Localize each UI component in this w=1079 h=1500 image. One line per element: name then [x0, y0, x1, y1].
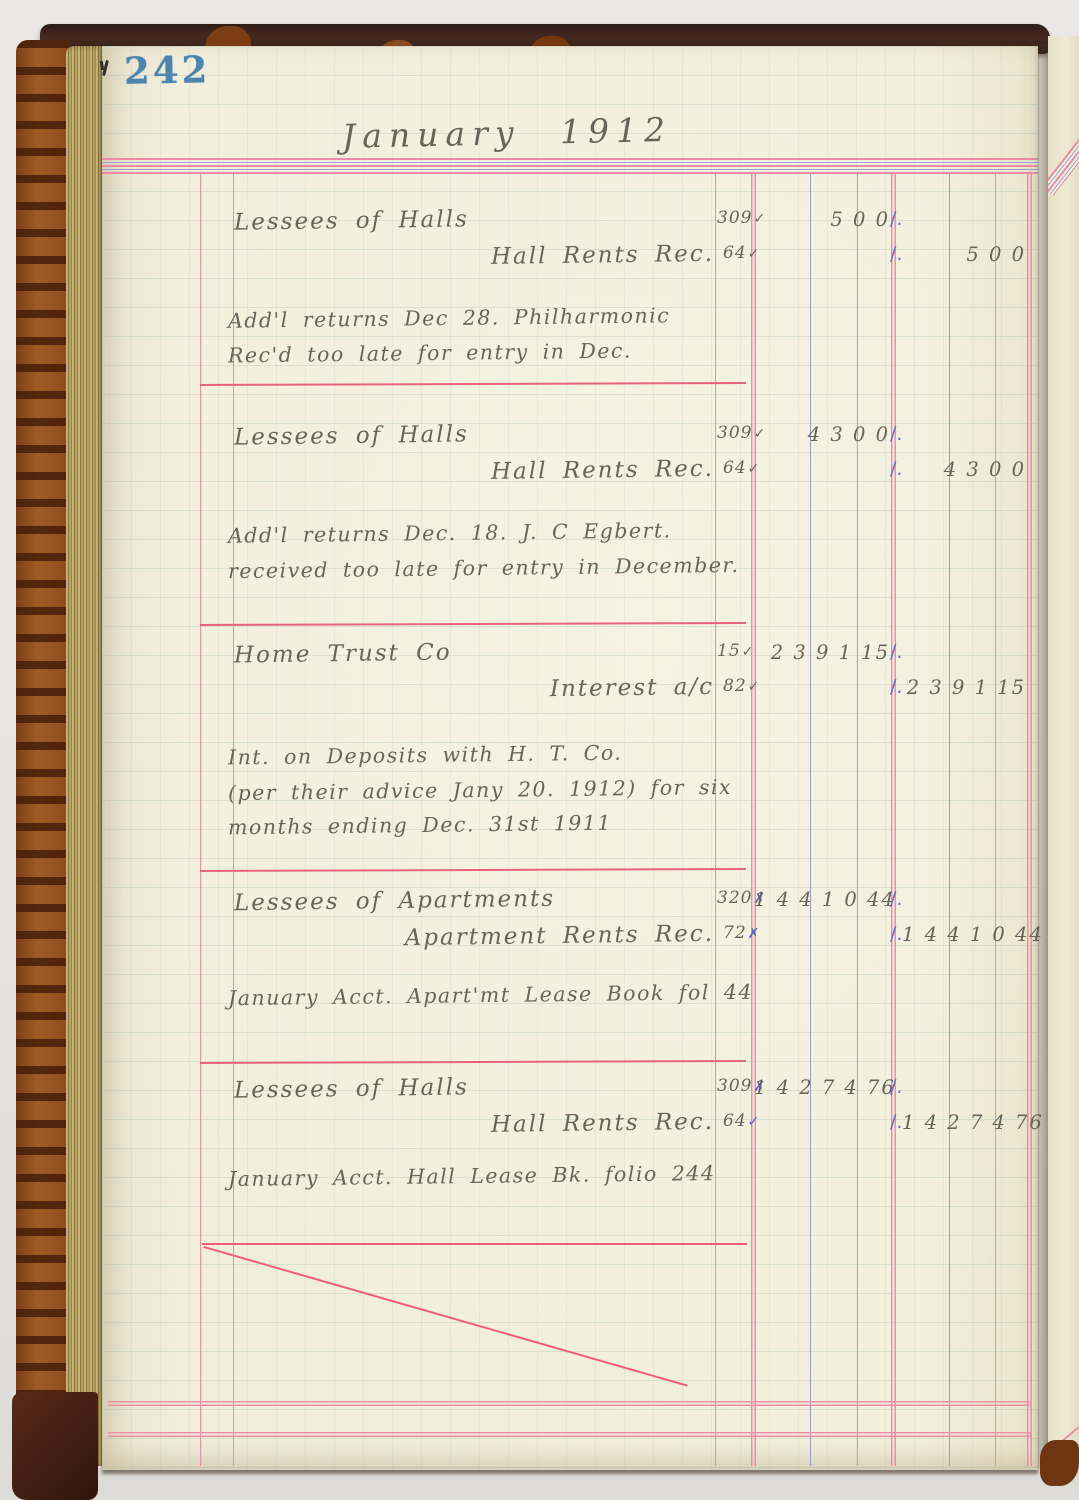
check-mark-icon: ✓: [748, 461, 761, 477]
footer-ruling-line: [108, 1432, 1032, 1437]
debit-row: Home Trust Co 15✓ 2 3 9 1 15 ∕.: [102, 641, 1038, 675]
debit-amount: 1 4 4 1 0 44: [754, 888, 890, 911]
ruling-line: [715, 174, 716, 1466]
credit-amount: 5 0 0: [902, 243, 1026, 266]
credit-row: Hall Rents Rec. 64✓ ∕. 5 0 0: [102, 243, 1038, 277]
facing-page-edge: [1048, 36, 1079, 1472]
book-spine-leather: [16, 40, 70, 1488]
page-edges-gilt: [66, 46, 106, 1466]
header-ruling-band: [102, 158, 1038, 174]
debit-amount: 5 0 0: [754, 208, 890, 231]
credit-account-name: Hall Rents Rec.: [402, 1109, 714, 1139]
credit-folio: 72✗: [723, 923, 769, 943]
entry-note: Rec'd too late for entry in Dec.: [228, 339, 632, 368]
closing-rule-line: [202, 1243, 747, 1245]
debit-account-name: Lessees of Halls: [234, 1074, 469, 1103]
credit-row: Interest a/c 82✓ ∕. 2 3 9 1 15: [102, 676, 1038, 710]
debit-account-name: Home Trust Co: [234, 639, 452, 668]
credit-account-name: Hall Rents Rec.: [402, 241, 714, 271]
ruling-line: [949, 174, 950, 1466]
book-cover-corner: [12, 1392, 98, 1500]
credit-folio: 64✓: [723, 1111, 769, 1131]
debit-row: Lessees of Halls 309✓ 4 3 0 0 ∕.: [102, 423, 1038, 457]
credit-folio: 64✓: [723, 243, 769, 263]
ruling-line: [891, 174, 896, 1466]
credit-row: Hall Rents Rec. 64✓ ∕. 4 3 0 0: [102, 458, 1038, 492]
ruling-line: [995, 174, 996, 1466]
credit-account-name: Apartment Rents Rec.: [402, 921, 714, 951]
check-mark-icon: ✓: [748, 1114, 761, 1130]
debit-account-name: Lessees of Halls: [234, 421, 469, 450]
credit-folio: 64✓: [723, 458, 769, 478]
credit-row: Hall Rents Rec. 64✓ ∕. 1 4 2 7 4 76: [102, 1111, 1038, 1145]
debit-row: Lessees of Halls 309✗ 1 4 2 7 4 76 ∕.: [102, 1076, 1038, 1110]
posting-mark-icon: ∕.: [890, 423, 908, 445]
facing-header-band: [1048, 131, 1079, 195]
ruling-line: [857, 174, 858, 1466]
ruling-line: [1027, 174, 1032, 1466]
check-mark-icon: ✓: [742, 644, 755, 660]
posting-mark-icon: ∕.: [890, 888, 908, 910]
check-mark-icon: ✓: [748, 679, 761, 695]
posting-mark-icon: ∕.: [890, 208, 908, 230]
ledger-book-photo: 242 January 1912 Lessees of Halls 309✓ 5…: [0, 0, 1079, 1500]
debit-amount: 2 3 9 1 15: [754, 641, 890, 664]
check-mark-icon: ✓: [748, 246, 761, 262]
debit-account-name: Lessees of Halls: [234, 206, 469, 235]
debit-row: Lessees of Halls 309✓ 5 0 0 ∕.: [102, 208, 1038, 242]
credit-account-name: Hall Rents Rec.: [402, 456, 714, 486]
ledger-page: 242 January 1912 Lessees of Halls 309✓ 5…: [102, 46, 1038, 1470]
entry-note: Int. on Deposits with H. T. Co.: [228, 741, 623, 770]
entry-note: months ending Dec. 31st 1911: [228, 811, 612, 840]
ruling-line: [810, 174, 811, 1466]
credit-amount: 2 3 9 1 15: [902, 676, 1026, 699]
debit-amount: 4 3 0 0: [754, 423, 890, 446]
credit-amount: 4 3 0 0: [902, 458, 1026, 481]
ruling-line: [751, 174, 756, 1466]
leather-fray: [1040, 1440, 1079, 1486]
credit-amount: 1 4 2 7 4 76: [902, 1111, 1026, 1134]
footer-ruling-line: [108, 1401, 1032, 1406]
debit-row: Lessees of Apartments 320✗ 1 4 4 1 0 44 …: [102, 888, 1038, 922]
credit-amount: 1 4 4 1 0 44: [902, 923, 1026, 946]
credit-row: Apartment Rents Rec. 72✗ ∕. 1 4 4 1 0 44: [102, 923, 1038, 957]
credit-account-name: Interest a/c: [402, 674, 714, 704]
debit-amount: 1 4 2 7 4 76: [754, 1076, 890, 1099]
credit-folio: 82✓: [723, 676, 769, 696]
posting-mark-icon: ∕.: [890, 641, 908, 663]
cross-mark-icon: ✗: [748, 926, 761, 942]
page-number-stamp: 242: [124, 47, 211, 92]
debit-account-name: Lessees of Apartments: [234, 886, 555, 916]
posting-mark-icon: ∕.: [890, 1076, 908, 1098]
ruling-line: [200, 174, 201, 1466]
